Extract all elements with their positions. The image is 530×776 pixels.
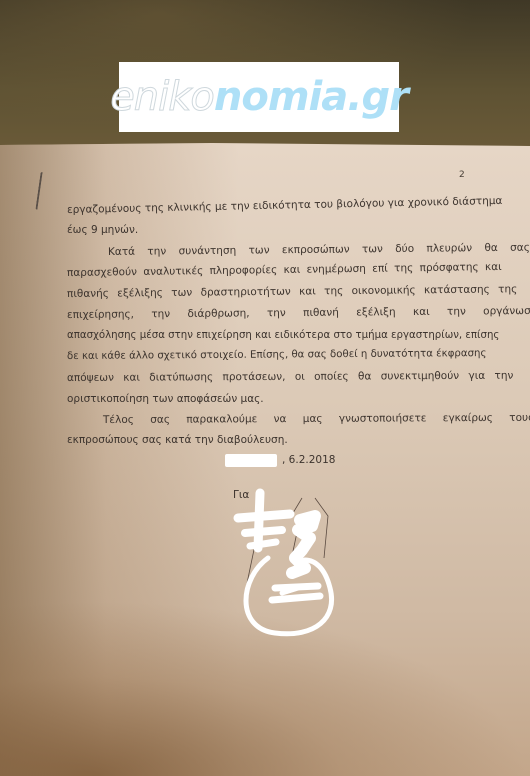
redacted-location <box>225 454 277 467</box>
text-line: Κατά την συνάντηση των εκπροσώπων των δύ… <box>108 242 530 258</box>
text-line: Τέλος σας παρακαλούμε να μας γνωστοποιήσ… <box>103 412 530 426</box>
text-line: εργαζομένους της κλινικής με την ειδικότ… <box>67 196 467 216</box>
text-line: επιχείρησης, την διάρθρωση, την πιθανή ε… <box>67 305 530 321</box>
text-line: απόψεων και διατύπωσης προτάσεων, οι οπο… <box>67 370 513 384</box>
text-line: έως 9 μηνών. <box>67 224 138 236</box>
text-line: οριστικοποίηση των αποφάσεών μας. <box>67 393 264 405</box>
document-date: , 6.2.2018 <box>282 454 335 466</box>
document-body: εργαζομένους της κλινικής με την ειδικότ… <box>0 0 530 776</box>
redacted-signature <box>220 478 370 648</box>
text-line: παρασχεθούν αναλυτικές πληροφορίες και ε… <box>67 261 502 279</box>
text-line: πιθανής εξέλιξης των δραστηριοτήτων και … <box>67 283 517 300</box>
text-line: απασχόλησης μέσα στην επιχείρηση και ειδ… <box>67 330 499 341</box>
text-line: εκπροσώπους σας κατά την διαβούλευση. <box>67 434 288 446</box>
text-line: δε και κάθε άλλο σχετικό στοιχείο. Επίση… <box>67 348 487 362</box>
